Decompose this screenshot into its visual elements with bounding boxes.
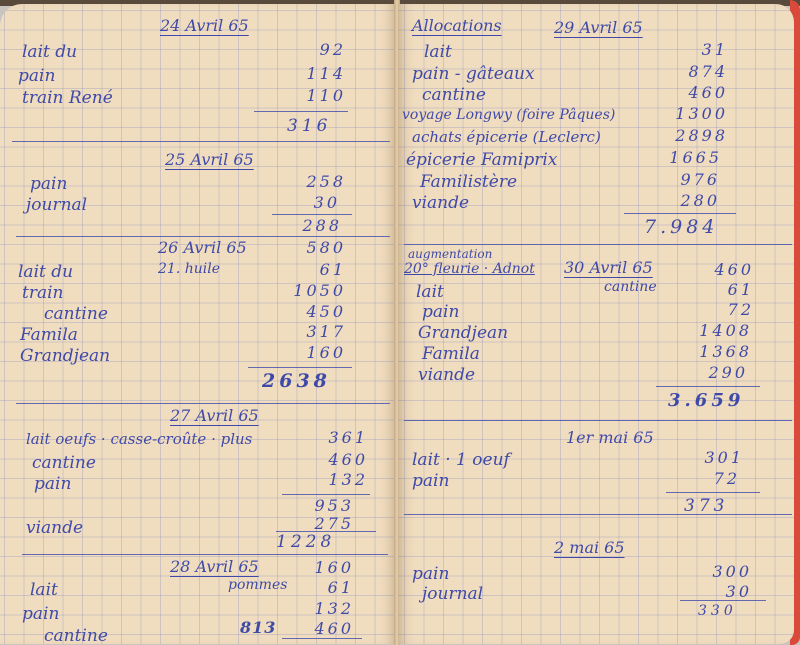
sum-rule: [248, 367, 352, 368]
item-amount: 114: [290, 66, 346, 82]
item-amount: 2898: [662, 128, 728, 144]
item-label: pain: [412, 566, 449, 583]
item-note: pommes: [228, 578, 287, 592]
entry-date: 1er mai 65: [566, 430, 654, 446]
item-amount: 132: [304, 601, 354, 617]
item-label: cantine: [44, 628, 108, 644]
item-amount: 301: [694, 450, 744, 466]
item-label: train: [22, 285, 63, 302]
item-amount: 1408: [688, 323, 752, 339]
item-label: lait · 1 oeuf: [412, 452, 510, 469]
entry-total: 7.984: [644, 218, 718, 237]
item-label: pain - gâteaux: [412, 66, 535, 83]
item-amount: 72: [708, 302, 754, 318]
entry-total: 330: [698, 604, 737, 618]
item-amount: 1368: [688, 344, 752, 360]
entry-total: 3.659: [668, 392, 744, 410]
item-label: viande: [412, 195, 469, 212]
item-amount: 160: [290, 345, 346, 361]
item-label: lait: [30, 582, 58, 599]
item-amount: 1665: [662, 150, 722, 166]
item-label: pain: [422, 304, 459, 321]
item-label: pain: [34, 476, 71, 493]
item-label: pain: [22, 606, 59, 623]
item-note: 21. huile: [158, 262, 220, 276]
entry-separator: [12, 141, 390, 142]
page-heading: Allocations: [412, 18, 502, 34]
item-amount: 361: [318, 430, 368, 446]
item-label: journal: [26, 197, 87, 214]
sum-rule: [272, 214, 352, 215]
entry-note: augmentation: [408, 248, 492, 260]
item-amount: 31: [688, 42, 728, 58]
header-amount: 460: [698, 262, 754, 278]
entry-separator: [404, 244, 792, 245]
item-label: viande: [26, 520, 83, 537]
item-amount: 275: [300, 516, 354, 532]
item-amount: 290: [698, 365, 748, 381]
item-label: pain: [412, 473, 449, 490]
item-label: Grandjean: [20, 348, 110, 365]
entry-total: 813: [240, 620, 276, 636]
item-amount: 61: [708, 282, 754, 298]
entry-separator: [404, 514, 792, 515]
notebook: 24 Avril 65 lait du 92 pain 114 train Re…: [0, 0, 800, 645]
sum-rule: [254, 111, 348, 112]
item-note: cantine: [604, 280, 657, 294]
item-label: Grandjean: [418, 325, 508, 342]
entry-separator: [16, 236, 390, 237]
item-amount: 61: [300, 262, 346, 278]
sum-rule: [624, 213, 736, 214]
entry-date: 2 mai 65: [554, 540, 625, 556]
item-label: lait: [424, 44, 452, 61]
item-label: cantine: [422, 87, 486, 104]
entry-separator: [22, 554, 388, 555]
entry-date: 29 Avril 65: [554, 20, 643, 36]
sum-rule: [680, 600, 766, 601]
item-amount: 1300: [662, 106, 728, 122]
entry-separator: [16, 403, 390, 404]
item-label: achats épicerie (Leclerc): [412, 130, 601, 145]
item-amount: 317: [290, 324, 346, 340]
sum-rule: [282, 494, 370, 495]
item-amount: 460: [304, 621, 354, 637]
item-label: viande: [418, 367, 475, 384]
sum-rule: [666, 492, 760, 493]
entry-date: 26 Avril 65: [158, 240, 247, 256]
right-page: Allocations 29 Avril 65 lait 31 pain - g…: [398, 4, 794, 644]
item-amount: 110: [290, 88, 346, 104]
item-label: Familistère: [420, 174, 517, 191]
item-label: cantine: [44, 306, 108, 323]
item-amount: 280: [668, 193, 720, 209]
entry-total: 373: [684, 498, 728, 515]
item-label: pain: [18, 68, 55, 85]
sum-rule: [282, 638, 362, 639]
entry-prefix: 20° fleurie · Adnot: [404, 262, 535, 276]
item-amount: 30: [714, 584, 752, 600]
header-amount: 160: [304, 560, 354, 576]
entry-date: 25 Avril 65: [165, 152, 254, 168]
entry-total: 288: [290, 218, 342, 234]
item-label: épicerie Famiprix: [406, 152, 557, 169]
entry-total: 2638: [262, 372, 331, 391]
entry-date: 30 Avril 65: [564, 260, 653, 276]
item-label: journal: [422, 586, 483, 603]
item-amount: 460: [678, 85, 728, 101]
item-label: pain: [30, 176, 67, 193]
entry-total: 316: [287, 118, 331, 135]
item-amount: 300: [708, 564, 752, 580]
item-amount: 976: [668, 172, 720, 188]
entry-total: 1228: [276, 534, 335, 551]
sum-rule: [656, 386, 760, 387]
item-amount: 258: [290, 174, 346, 190]
entry-date: 28 Avril 65: [170, 559, 259, 575]
item-label: lait du: [22, 44, 77, 61]
item-label: Famila: [20, 327, 78, 344]
entry-date: 27 Avril 65: [170, 408, 259, 424]
item-label: lait du: [18, 264, 73, 281]
item-amount: 450: [290, 304, 346, 320]
item-amount: 460: [318, 452, 368, 468]
header-amount: 580: [292, 240, 346, 256]
item-amount: 132: [318, 472, 368, 488]
item-label: lait: [416, 284, 444, 301]
entry-date: 24 Avril 65: [160, 18, 249, 34]
left-page: 24 Avril 65 lait du 92 pain 114 train Re…: [0, 4, 396, 644]
item-amount: 72: [698, 471, 740, 487]
item-label: train René: [22, 90, 113, 107]
item-label: lait oeufs · casse-croûte · plus: [26, 432, 252, 447]
item-label: Famila: [422, 346, 480, 363]
entry-separator: [404, 420, 792, 421]
item-amount: 92: [300, 42, 346, 58]
item-amount: 874: [678, 64, 728, 80]
item-label: voyage Longwy (foire Pâques): [402, 108, 615, 122]
item-label: cantine: [32, 455, 96, 472]
item-amount: 30: [290, 195, 340, 211]
item-amount: 1050: [282, 283, 346, 299]
entry-subtotal: 953: [300, 498, 354, 514]
item-amount: 61: [312, 580, 354, 596]
